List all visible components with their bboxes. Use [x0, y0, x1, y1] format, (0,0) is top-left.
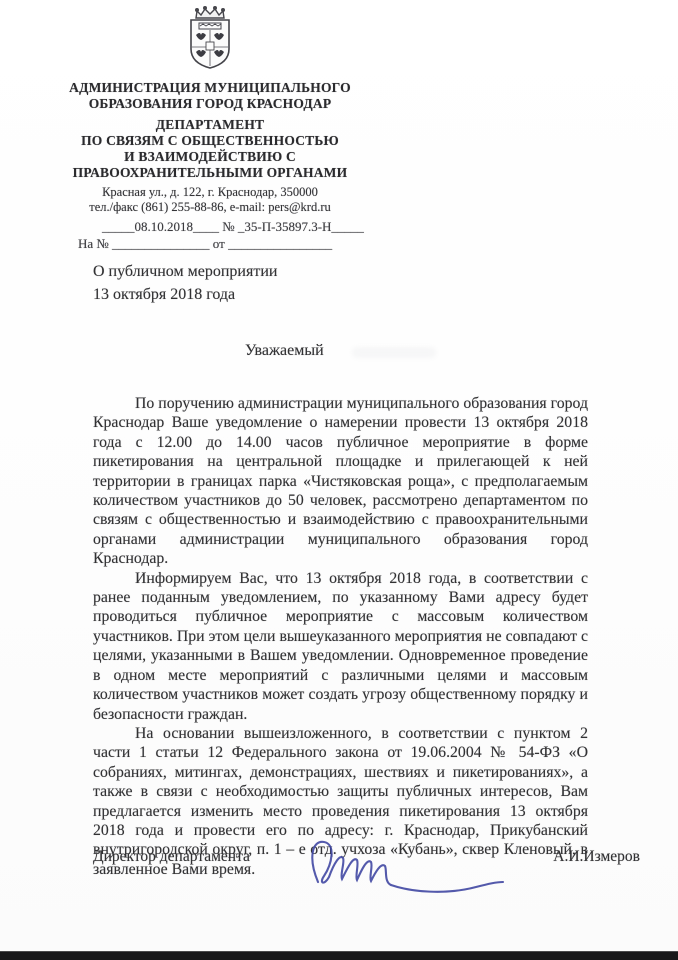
- scanned-letter-page: АДМИНИСТРАЦИЯ МУНИЦИПАЛЬНОГО ОБРАЗОВАНИЯ…: [0, 0, 678, 960]
- signer-position-title: Директор департамента: [93, 848, 250, 866]
- erased-name-smudge: [352, 347, 436, 358]
- postal-address: Красная ул., д. 122, г. Краснодар, 35000…: [30, 185, 390, 200]
- salutation: Уважаемый: [245, 342, 324, 360]
- handwritten-signature-icon: [296, 832, 511, 904]
- org-name-line2: ОБРАЗОВАНИЯ ГОРОД КРАСНОДАР: [30, 96, 390, 112]
- photo-edge-bar: [0, 951, 678, 960]
- subject-line2: 13 октября 2018 года: [93, 283, 277, 306]
- department-line4: ПРАВООХРАНИТЕЛЬНЫМИ ОРГАНАМИ: [30, 165, 390, 181]
- department-line3: И ВЗАИМОДЕЙСТВИЮ С: [30, 149, 390, 165]
- department-line2: ПО СВЯЗЯМ С ОБЩЕСТВЕННОСТЬЮ: [30, 133, 390, 149]
- org-name-line1: АДМИНИСТРАЦИЯ МУНИЦИПАЛЬНОГО: [30, 80, 390, 96]
- krasnodar-coat-of-arms-icon: [184, 5, 236, 69]
- subject-line1: О публичном мероприятии: [93, 260, 277, 283]
- letter-body: По поручению администрации муниципальног…: [93, 394, 588, 879]
- subject-block: О публичном мероприятии 13 октября 2018 …: [93, 260, 277, 306]
- department-name: ДЕПАРТАМЕНТ ПО СВЯЗЯМ С ОБЩЕСТВЕННОСТЬЮ …: [30, 117, 390, 181]
- phone-email-line: тел./факс (861) 255-88-86, e-mail: pers@…: [30, 200, 390, 215]
- signer-name: А.И.Измеров: [553, 848, 640, 866]
- paragraph-2: Информируем Вас, что 13 октября 2018 год…: [93, 569, 588, 724]
- letterhead: АДМИНИСТРАЦИЯ МУНИЦИПАЛЬНОГО ОБРАЗОВАНИЯ…: [30, 5, 390, 252]
- department-line1: ДЕПАРТАМЕНТ: [30, 117, 390, 133]
- paragraph-1: По поручению администрации муниципальног…: [93, 394, 588, 569]
- date-and-number-line: _____08.10.2018____ № _35-П-35897.3-Н___…: [30, 218, 390, 235]
- reply-reference-line: На № _______________ от ________________: [30, 235, 390, 252]
